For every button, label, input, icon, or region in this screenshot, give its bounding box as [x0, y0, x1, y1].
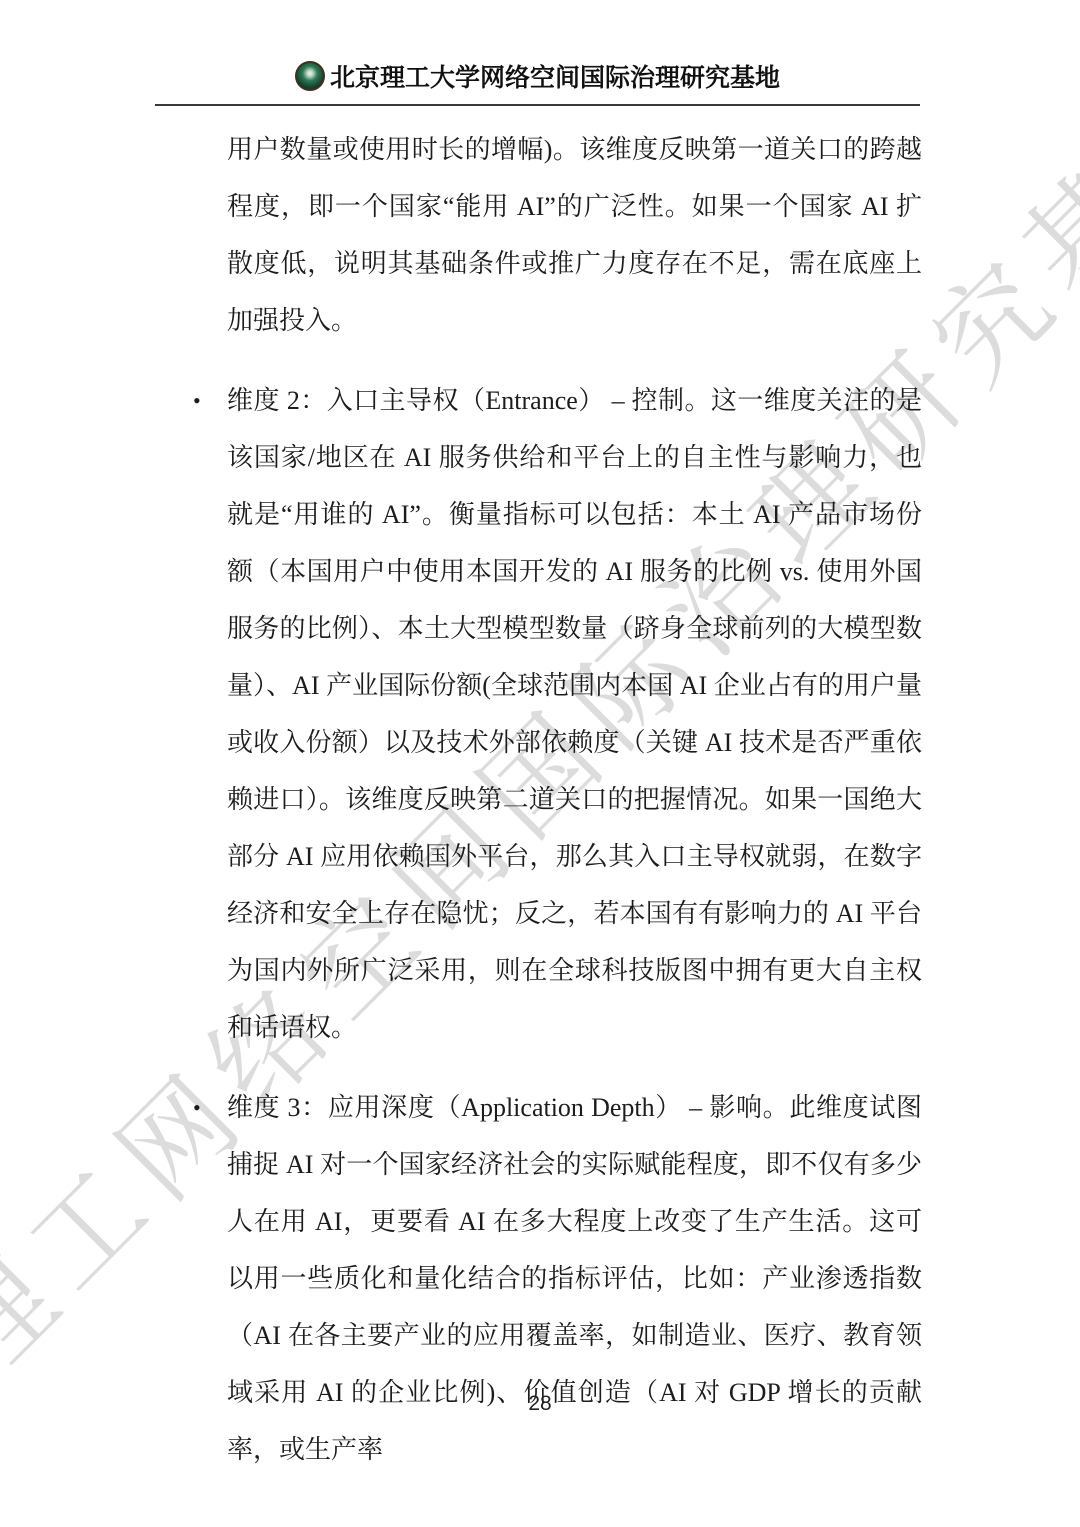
page-header: 北京理工大学网络空间国际治理研究基地: [155, 58, 920, 106]
page-number: 28: [528, 1392, 551, 1415]
bullet-marker-icon: •: [193, 1079, 201, 1136]
bullet-text-dimension-2: 维度 2：入口主导权（Entrance） – 控制。这一维度关注的是该国家/地区…: [227, 372, 922, 1056]
bullet-item-dimension-3: • 维度 3：应用深度（Application Depth） – 影响。此维度试…: [227, 1079, 922, 1478]
bullet-marker-icon: •: [193, 372, 201, 429]
paragraph-intro-continuation: 用户数量或使用时长的增幅)。该维度反映第一道关口的跨越程度，即一个国家“能用 A…: [227, 121, 922, 349]
bullet-item-dimension-2: • 维度 2：入口主导权（Entrance） – 控制。这一维度关注的是该国家/…: [227, 372, 922, 1056]
document-body: 用户数量或使用时长的增幅)。该维度反映第一道关口的跨越程度，即一个国家“能用 A…: [227, 121, 922, 1478]
university-seal-icon: [295, 61, 325, 91]
bullet-text-dimension-3: 维度 3：应用深度（Application Depth） – 影响。此维度试图捕…: [227, 1079, 922, 1478]
header-row: 北京理工大学网络空间国际治理研究基地: [155, 58, 920, 94]
page-footer: 28: [0, 1392, 1080, 1416]
header-title: 北京理工大学网络空间国际治理研究基地: [330, 58, 780, 94]
